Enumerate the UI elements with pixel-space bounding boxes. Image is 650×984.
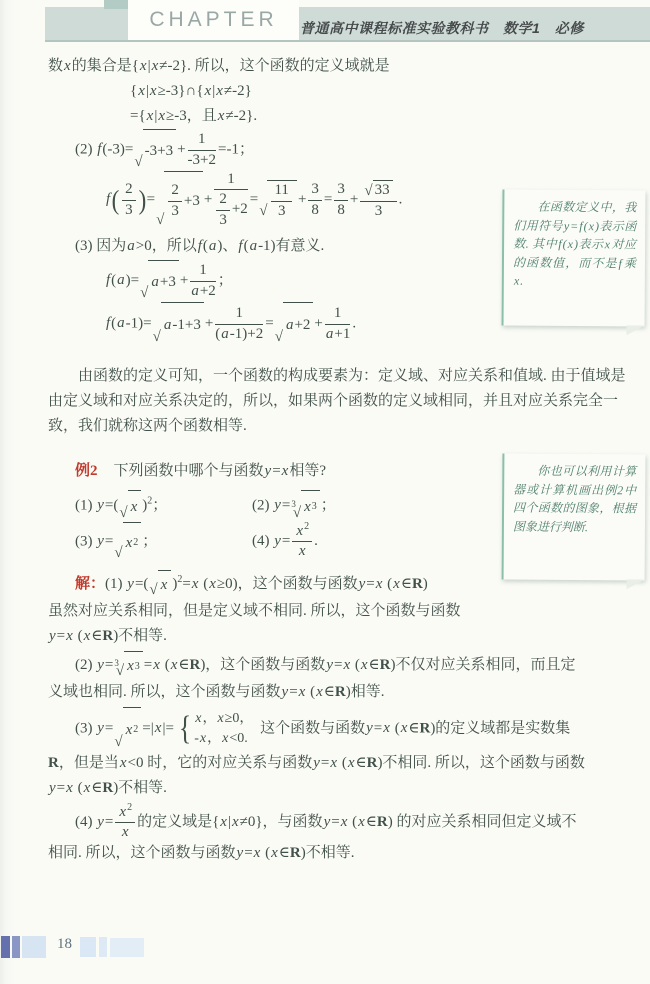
page-header: CHAPTER 普通高中课程标准实验教科书 数学1 必修 (0, 0, 650, 48)
solution-line: 义域也相同. 所以，这个函数与函数y=x (x∈R)相等. (48, 680, 618, 705)
book-title: 普通高中课程标准实验教科书 数学1 必修 (300, 18, 584, 38)
footer-decoration-bar (22, 936, 46, 958)
definition-paragraph: 由函数的定义可知，一个函数的构成要素为：定义域、对应关系和值域. 由于值域是 由… (48, 364, 618, 439)
formula-line: {x|x≥-3}∩{x|x≠-2} (48, 79, 618, 104)
page-number: 18 (57, 936, 72, 953)
option-1: (1) y=(√x)2； (48, 490, 252, 522)
footer-decoration-box (80, 937, 96, 957)
chapter-label-box: CHAPTER (128, 0, 299, 40)
solution-line: R，但是当x<0 时，它的对应关系与函数y=x (x∈R)不相同. 所以，这个函… (48, 751, 618, 776)
solution-line: 相同. 所以，这个函数与函数y=x (x∈R)不相等. (48, 841, 618, 866)
option-4: (4) y=x2x. (252, 522, 318, 562)
footer-decoration-box (99, 937, 107, 957)
margin-note-2: 你也可以利用计算器或计算机画出例2中四个函数的图象，根据图象进行判断. (502, 454, 646, 581)
solution-line: (4) y=x2x的定义域是{x|x≠0}，与函数y=x (x∈R) 的对应关系… (48, 803, 618, 841)
solution-line: (2) y=3√x3=x (x∈R)，这个函数与函数y=x (x∈R)不仅对应关… (48, 651, 618, 680)
example-question: 下列函数中哪个与函数y=x相等? (114, 463, 327, 479)
solution-line: y=x (x∈R)不相等. (48, 776, 618, 801)
paragraph-line: 致，我们就称这两个函数相等. (48, 414, 618, 439)
paragraph-line: 由函数的定义可知，一个函数的构成要素为：定义域、对应关系和值域. 由于值域是 (48, 364, 618, 389)
option-3: (3) y=√x2； (48, 522, 252, 562)
solution-paragraph-2: (2) y=3√x3=x (x∈R)，这个函数与函数y=x (x∈R)不仅对应关… (48, 651, 618, 705)
solution-line: 虽然对应关系相同，但是定义域不相同. 所以，这个函数与函数 (48, 599, 618, 624)
chapter-label: CHAPTER (149, 8, 277, 32)
solution-paragraph-4: (4) y=x2x的定义域是{x|x≠0}，与函数y=x (x∈R) 的对应关系… (48, 803, 618, 866)
margin-note-1: 在函数定义中，我们用符号y=f(x)表示函数. 其中f(x)表示x对应的函数值，… (502, 190, 646, 327)
footer-decoration-bar (12, 936, 20, 958)
footer-decoration-box (110, 938, 144, 957)
solution-paragraph-3: (3) y=√x2=|x|={x，x≥0，-x，x<0. 这个函数与函数y=x … (48, 707, 618, 801)
example-label: 例2 (75, 463, 98, 479)
solution-paragraph-1: 解：(1) y=(√x)2=x (x≥0)，这个函数与函数y=x (x∈R) 虽… (48, 570, 618, 649)
solution-line: y=x (x∈R)不相等. (48, 624, 618, 649)
textbook-page: CHAPTER 普通高中课程标准实验教科书 数学1 必修 数x的集合是{x|x≠… (0, 0, 650, 984)
chapter-number-graphic (104, 0, 131, 9)
paragraph-line: 由定义域和对应关系决定的，所以，如果两个函数的定义域相同，并且对应关系完全一 (48, 389, 618, 414)
option-2: (2) y=3√x3； (252, 490, 336, 522)
text-line: 数x的集合是{x|x≠-2}. 所以，这个函数的定义域就是 (48, 54, 618, 79)
solution-line: (3) y=√x2=|x|={x，x≥0，-x，x<0. 这个函数与函数y=x … (48, 707, 618, 751)
page-footer: 18 (0, 934, 650, 962)
formula-line: (2) f(-3)=√-3+3+1-3+2=-1； (48, 129, 618, 171)
formula-line: ={x|x≥-3，且x≠-2}. (48, 104, 618, 129)
footer-decoration-bar (1, 936, 10, 958)
